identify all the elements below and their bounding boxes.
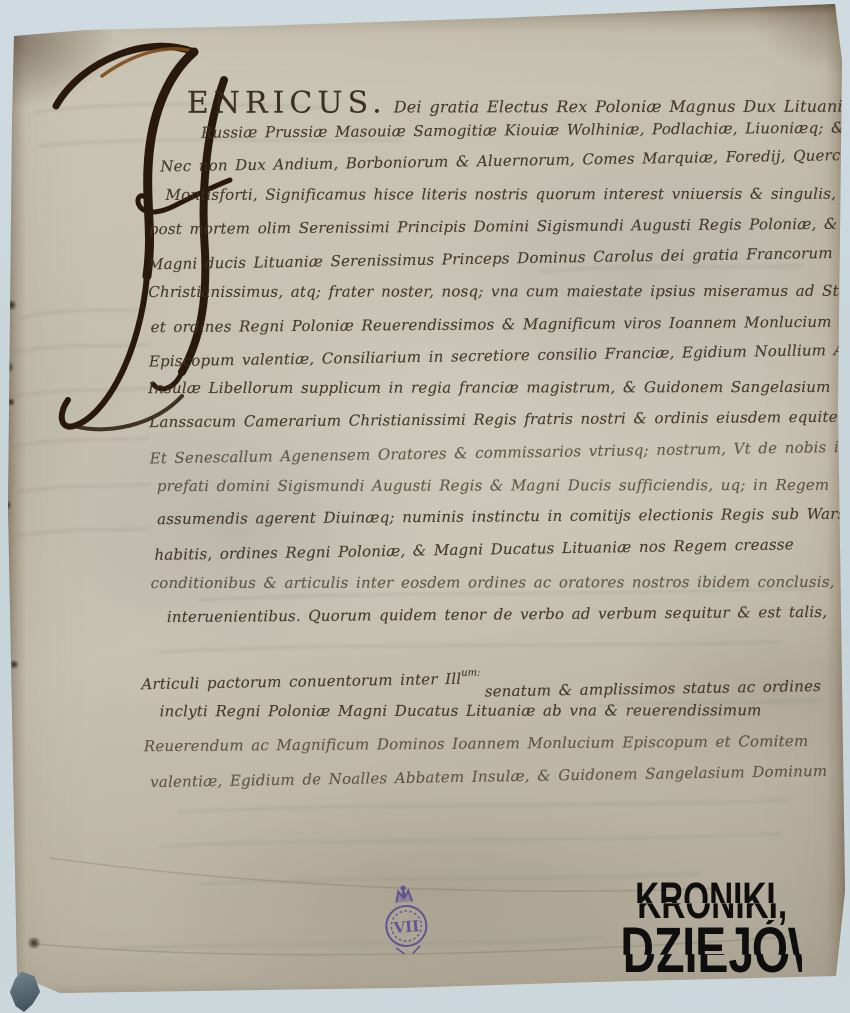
stamp-monogram: VII bbox=[392, 917, 420, 937]
manuscript-text: ENRICUS. Dei gratia Electus Rex Poloniæ … bbox=[0, 0, 850, 1013]
manuscript-line: assumendis agerent Diuinæq; numinis inst… bbox=[157, 504, 850, 528]
manuscript-page: ENRICUS. Dei gratia Electus Rex Poloniæ … bbox=[0, 0, 850, 1013]
library-stamp: VII bbox=[375, 882, 437, 963]
watermark-word-1: KRONIKI, KRONIKI, bbox=[627, 876, 793, 924]
heading-capitals: ENRICUS. bbox=[187, 85, 387, 120]
manuscript-line: interuenientibus. Quorum quidem tenor de… bbox=[167, 603, 828, 626]
manuscript-line: Montisforti, Significamus hisce literis … bbox=[166, 185, 850, 204]
articuli-superscript: um: bbox=[461, 668, 480, 679]
manuscript-line: habitis, ordines Regni Poloniæ, & Magni … bbox=[154, 535, 794, 564]
kroniki-dziejow-watermark: KRONIKI, KRONIKI, DZIEJÓW DZIEJÓW bbox=[598, 876, 822, 982]
manuscript-line: conditionibus & articulis inter eosdem o… bbox=[151, 573, 835, 592]
manuscript-line: Magni ducis Lituaniæ Serenissimus Prince… bbox=[148, 243, 850, 273]
manuscript-line: inclyti Regni Poloniæ Magni Ducatus Litu… bbox=[160, 701, 762, 720]
watermark-word-2: DZIEJÓW DZIEJÓW bbox=[620, 920, 799, 982]
articuli-lead: Articuli pactorum conuentorum inter Ill bbox=[141, 670, 461, 693]
manuscript-line: Russiæ Prussiæ Masouiæ Samogitiæ Kiouiæ … bbox=[201, 119, 850, 142]
heading-rest: Dei gratia Electus Rex Poloniæ Magnus Du… bbox=[394, 97, 850, 117]
manuscript-line: valentiæ, Egidium de Noalles Abbatem Ins… bbox=[150, 762, 827, 791]
photo-background: ENRICUS. Dei gratia Electus Rex Poloniæ … bbox=[0, 0, 850, 1013]
manuscript-line: et ordines Regni Poloniæ Reuerendissimos… bbox=[151, 313, 832, 336]
manuscript-line: prefati domini Sigismundi Augusti Regis … bbox=[157, 476, 830, 495]
manuscript-line: Episcopum valentiæ, Consiliarium in secr… bbox=[149, 340, 850, 371]
articuli-line: Articuli pactorum conuentorum inter Illu… bbox=[141, 662, 821, 693]
heading-line: ENRICUS. Dei gratia Electus Rex Poloniæ … bbox=[187, 85, 850, 121]
manuscript-line: Nec non Dux Andium, Borboniorum & Aluern… bbox=[160, 145, 850, 176]
manuscript-line: Christianissimus, atq; frater noster, no… bbox=[148, 282, 850, 301]
articuli-continuation: senatum & amplissimos status ac ordines bbox=[485, 677, 822, 701]
manuscript-line: Et Senescallum Agenensem Oratores & comm… bbox=[149, 437, 850, 467]
manuscript-line: Reuerendum ac Magnificum Dominos Ioannem… bbox=[144, 732, 809, 755]
manuscript-line: Insulæ Libellorum supplicum in regia fra… bbox=[148, 378, 830, 397]
manuscript-line: post mortem olim Serenissimi Principis D… bbox=[149, 215, 838, 238]
manuscript-line: Lanssacum Camerarium Christianissimi Reg… bbox=[149, 408, 850, 432]
